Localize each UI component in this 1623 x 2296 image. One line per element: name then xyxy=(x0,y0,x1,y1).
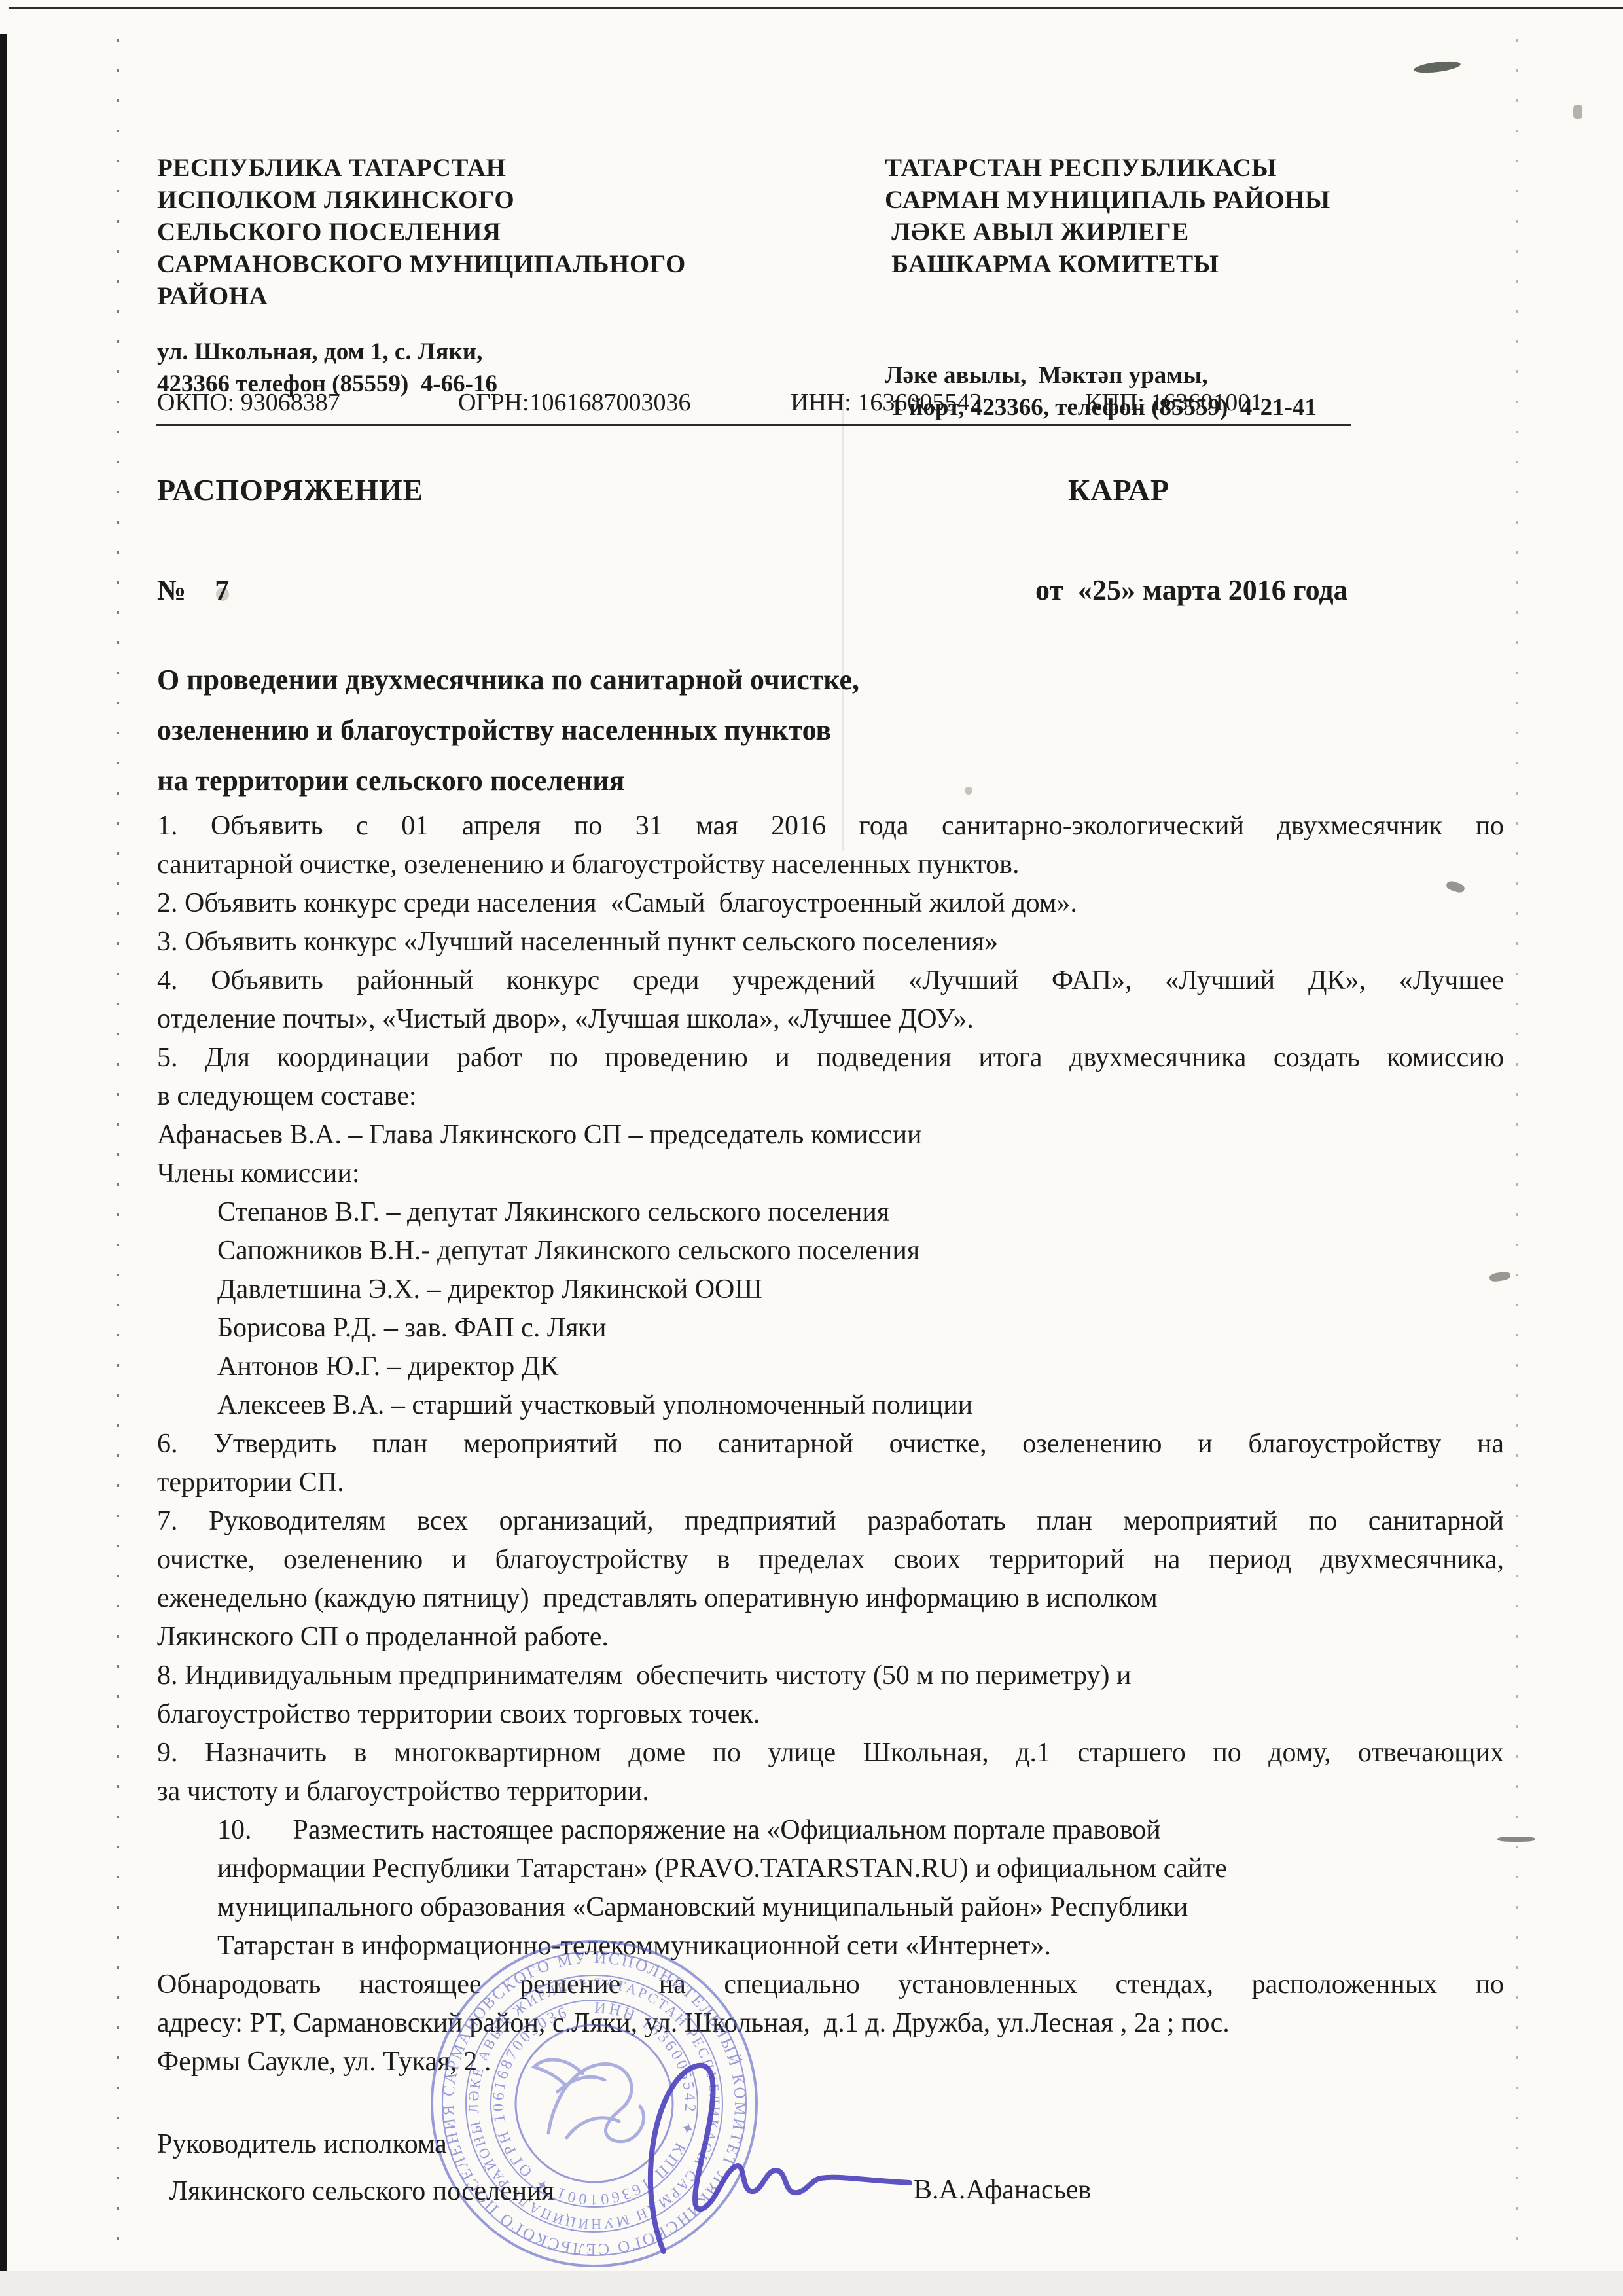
text-line: РЕСПУБЛИКА ТАТАРСТАН xyxy=(157,152,897,184)
ink-smudge xyxy=(1413,60,1461,75)
text-line: еженедельно (каждую пятницу) представлят… xyxy=(157,1579,1504,1618)
org-name-tt: ТАТАРСТАН РЕСПУБЛИКАСЫСАРМАН МУНИЦИПАЛЬ … xyxy=(885,152,1539,280)
signature-scribble xyxy=(623,2041,931,2270)
text-line: Афанасьев В.А. – Глава Лякинского СП – п… xyxy=(157,1116,1504,1155)
okpo-value: ОКПО: 93068387 xyxy=(157,388,340,417)
text-line: Татарстан в информационно-телекоммуникац… xyxy=(157,1927,1504,1965)
fold-mark-left xyxy=(117,39,119,2265)
text-line: 4. Объявить районный конкурс среди учреж… xyxy=(157,961,1504,1000)
text-line: муниципального образования «Сармановский… xyxy=(157,1888,1504,1927)
text-line: отделение почты», «Чистый двор», «Лучшая… xyxy=(157,1000,1504,1039)
text-line: 3. Объявить конкурс «Лучший населенный п… xyxy=(157,923,1504,961)
text-line: Члены комиссии: xyxy=(157,1155,1504,1193)
text-line: Алексеев В.А. – старший участковый уполн… xyxy=(157,1386,1504,1425)
doc-body: 1. Объявить с 01 апреля по 31 мая 2016 г… xyxy=(157,807,1504,2081)
text-line: 2. Объявить конкурс среди населения «Сам… xyxy=(157,884,1504,923)
text-line: озеленению и благоустройству населенных … xyxy=(157,705,1178,755)
text-line: ул. Школьная, дом 1, с. Ляки, xyxy=(157,336,897,368)
header-divider-line xyxy=(156,424,1351,426)
scan-bottom-band xyxy=(0,2271,1623,2296)
doc-title: О проведении двухмесячника по санитарной… xyxy=(157,655,1178,806)
text-line: СЕЛЬСКОГО ПОСЕЛЕНИЯ xyxy=(157,216,897,248)
text-line: 7. Руководителям всех организаций, предп… xyxy=(157,1502,1504,1541)
text-line: РАЙОНА xyxy=(157,280,897,312)
text-line: Степанов В.Г. – депутат Лякинского сельс… xyxy=(157,1193,1504,1232)
text-line: БАШКАРМА КОМИТЕТЫ xyxy=(885,248,1539,280)
text-line: Ләке авылы, Мәктәп урамы, xyxy=(885,359,1539,391)
text-line: территории СП. xyxy=(157,1463,1504,1502)
text-line: Давлетшина Э.Х. – директор Лякинской ООШ xyxy=(157,1270,1504,1309)
signer-name: В.А.Афанасьев xyxy=(914,2174,1091,2206)
text-line: 9. Назначить в многоквартирном доме по у… xyxy=(157,1734,1504,1772)
doc-date: от «25» марта 2016 года xyxy=(1035,573,1348,607)
text-line: 10. Разместить настоящее распоряжение на… xyxy=(157,1811,1504,1850)
text-line: санитарной очистке, озеленению и благоус… xyxy=(157,846,1504,884)
text-line: Сапожников В.Н.- депутат Лякинского сель… xyxy=(157,1232,1504,1270)
signer-position-line1: Руководитель исполкома xyxy=(157,2128,447,2160)
text-line: ЛӘКЕ АВЫЛ ЖИРЛЕГЕ xyxy=(885,216,1539,248)
text-line: информации Республики Татарстан» (PRAVO.… xyxy=(157,1850,1504,1888)
text-line: в следующем составе: xyxy=(157,1077,1504,1116)
text-line: 1. Объявить с 01 апреля по 31 мая 2016 г… xyxy=(157,807,1504,846)
text-line: О проведении двухмесячника по санитарной… xyxy=(157,655,1178,705)
text-line: адресу: РТ, Сармановский район, с.Ляки, … xyxy=(157,2004,1504,2043)
kpp-value: КПП: 163601001 xyxy=(1085,388,1262,417)
doc-type-tt: КАРАР xyxy=(1068,473,1169,507)
text-line: Обнародовать настоящее решение на специа… xyxy=(157,1965,1504,2004)
doc-type-ru: РАСПОРЯЖЕНИЕ xyxy=(157,473,423,507)
text-line: 6. Утвердить план мероприятий по санитар… xyxy=(157,1425,1504,1463)
text-line: САРМАН МУНИЦИПАЛЬ РАЙОНЫ xyxy=(885,184,1539,216)
text-line: Борисова Р.Д. – зав. ФАП с. Ляки xyxy=(157,1309,1504,1348)
doc-number: № 7 xyxy=(157,573,229,607)
org-name-ru: РЕСПУБЛИКА ТАТАРСТАНИСПОЛКОМ ЛЯКИНСКОГОС… xyxy=(157,152,897,312)
pencil-mark xyxy=(1573,105,1582,119)
text-line: за чистоту и благоустройство территории. xyxy=(157,1772,1504,1811)
scanned-document-page: РЕСПУБЛИКА ТАТАРСТАНИСПОЛКОМ ЛЯКИНСКОГОС… xyxy=(0,0,1623,2296)
text-line: благоустройство территории своих торговы… xyxy=(157,1695,1504,1734)
header-gap xyxy=(885,304,1539,336)
text-line: САРМАНОВСКОГО МУНИЦИПАЛЬНОГО xyxy=(157,248,897,280)
ogrn-value: ОГРН:1061687003036 xyxy=(458,388,691,417)
scan-top-edge xyxy=(9,7,1623,9)
text-line: на территории сельского поселения xyxy=(157,755,1178,806)
text-line: 5. Для координации работ по проведению и… xyxy=(157,1039,1504,1077)
header-left-column: РЕСПУБЛИКА ТАТАРСТАНИСПОЛКОМ ЛЯКИНСКОГОС… xyxy=(157,128,897,423)
text-line: Антонов Ю.Г. – директор ДК xyxy=(157,1348,1504,1386)
text-line: очистке, озеленению и благоустройству в … xyxy=(157,1541,1504,1579)
text-line: Лякинского СП о проделанной работе. xyxy=(157,1618,1504,1657)
signer-position-line2: Лякинского сельского поселения xyxy=(162,2176,554,2207)
scan-left-edge xyxy=(0,34,7,2296)
text-line: 8. Индивидуальным предпринимателям обесп… xyxy=(157,1657,1504,1695)
inn-value: ИНН: 1636005542 xyxy=(791,388,982,417)
text-line: ТАТАРСТАН РЕСПУБЛИКАСЫ xyxy=(885,152,1539,184)
text-line: ИСПОЛКОМ ЛЯКИНСКОГО xyxy=(157,184,897,216)
